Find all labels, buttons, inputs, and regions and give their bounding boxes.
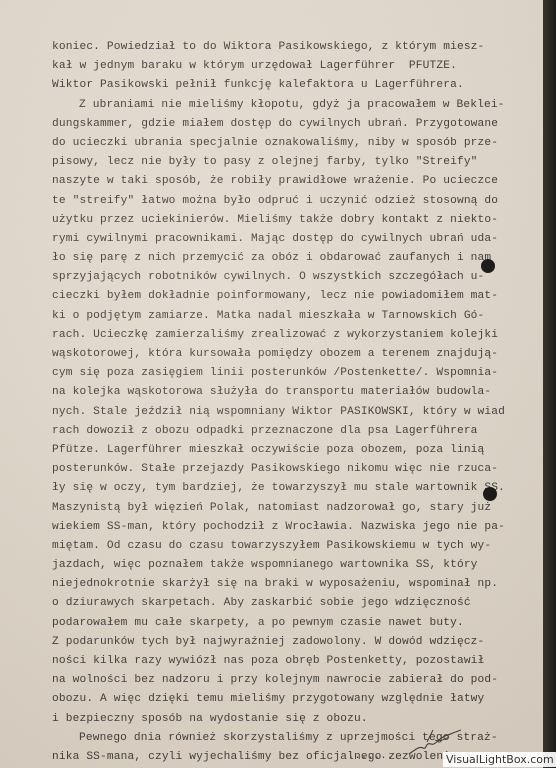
text-line: niejednokrotnie skarżył się na braki w w… xyxy=(52,575,532,594)
signature-line: ........ xyxy=(348,751,400,762)
text-line: Wiktor Pasikowski pełnił funkcję kalefak… xyxy=(52,76,532,95)
text-line: wąskotorowej, która kursowała pomiędzy o… xyxy=(52,345,532,364)
text-line: użytku przez uciekinierów. Mieliśmy takż… xyxy=(52,211,532,230)
text-line: posterunków. Stałe przejazdy Pasikowskie… xyxy=(52,460,532,479)
watermark: VisualLightBox.com xyxy=(443,752,556,767)
text-line: koniec. Powiedział to do Wiktora Pasikow… xyxy=(52,38,532,57)
text-line: Z ubraniami nie mieliśmy kłopotu, gdyż j… xyxy=(52,96,532,115)
text-line: rymi cywilnymi pracownikami. Mając dostę… xyxy=(52,230,532,249)
text-line: nych. Stale jeździł nią wspomniany Wikto… xyxy=(52,403,532,422)
text-line: Maszynistą był więzień Polak, natomiast … xyxy=(52,499,532,518)
text-line: ki o podjętym zamiarze. Matka nadal mies… xyxy=(52,307,532,326)
text-line: cieczki byłem dokładnie poinformowany, l… xyxy=(52,287,532,306)
text-line: pisowy, lecz nie były to pasy z olejnej … xyxy=(52,153,532,172)
text-line: ności kilka razy wywiózł nas poza obręb … xyxy=(52,652,532,671)
text-line: na kolejka wąskotorowa służyła do transp… xyxy=(52,383,532,402)
text-line: i bezpieczny sposób na wydostanie się z … xyxy=(52,710,532,729)
text-line: dungskammer, gdzie miałem dostęp do cywi… xyxy=(52,115,532,134)
text-line: do ucieczki ubrania specjalnie oznakowal… xyxy=(52,134,532,153)
text-line: wiekiem SS-man, który pochodził z Wrocła… xyxy=(52,518,532,537)
text-line: naszyte w taki sposób, że robiły prawidł… xyxy=(52,172,532,191)
text-line: ły się w oczy, tym bardziej, że towarzys… xyxy=(52,479,532,498)
text-line: rach. Ucieczkę zamierzaliśmy zrealizować… xyxy=(52,326,532,345)
punch-hole-icon xyxy=(481,259,495,273)
text-line: Z podarunków tych był najwyraźniej zadow… xyxy=(52,633,532,652)
typewritten-text: koniec. Powiedział to do Wiktora Pasikow… xyxy=(52,38,532,767)
text-line: podarowałem mu całe skarpety, a po pewny… xyxy=(52,614,532,633)
text-line: sprzyjających robotników cywilnych. O ws… xyxy=(52,268,532,287)
text-line: miętam. Od czasu do czasu towarzyszyłem … xyxy=(52,537,532,556)
text-line: Pfütze. Lagerführer mieszkał oczywiście … xyxy=(52,441,532,460)
page-edge xyxy=(543,0,556,768)
text-line: na wolności bez nadzoru i przy kolejnym … xyxy=(52,671,532,690)
text-line: obozu. A więc dzięki temu mieliśmy przyg… xyxy=(52,690,532,709)
text-line: jazdach, więc poznałem także wspomnianeg… xyxy=(52,556,532,575)
punch-hole-icon xyxy=(483,487,497,501)
text-line: kał w jednym baraku w którym urzędował L… xyxy=(52,57,532,76)
text-line: ło się parę z nich przemycić za obóz i o… xyxy=(52,249,532,268)
text-line: te "streify" łatwo można było odpruć i u… xyxy=(52,192,532,211)
text-line: o dziurawych skarpetach. Aby zaskarbić s… xyxy=(52,594,532,613)
text-line: cym się poza zasięgiem linii posterunków… xyxy=(52,364,532,383)
text-line: rach dowoził z obozu odpadki przeznaczon… xyxy=(52,422,532,441)
document-page: koniec. Powiedział to do Wiktora Pasikow… xyxy=(0,0,543,768)
